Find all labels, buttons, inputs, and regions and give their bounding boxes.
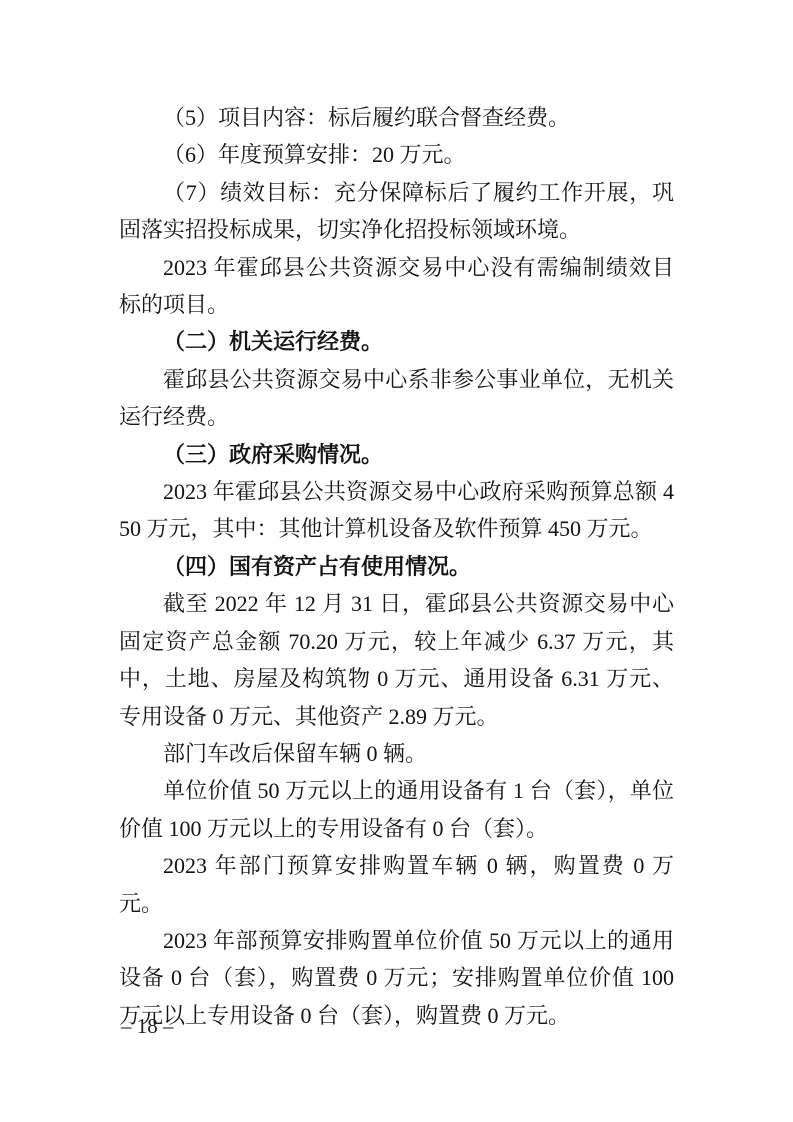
- paragraph: 2023 年部预算安排购置单位价值 50 万元以上的通用设备 0 台（套），购置…: [119, 922, 674, 1034]
- paragraph: 霍邱县公共资源交易中心系非参公事业单位，无机关运行经费。: [119, 361, 674, 436]
- page-number: – 18 –: [121, 1012, 174, 1040]
- section-heading: （二）机关运行经费。: [119, 323, 674, 360]
- paragraph: （6）年度预算安排：20 万元。: [119, 136, 674, 173]
- paragraph: （7）绩效目标：充分保障标后了履约工作开展，巩固落实招投标成果，切实净化招投标领…: [119, 174, 674, 249]
- paragraph: 2023 年部门预算安排购置车辆 0 辆，购置费 0 万元。: [119, 847, 674, 922]
- document-page: （5）项目内容：标后履约联合督查经费。（6）年度预算安排：20 万元。（7）绩效…: [0, 0, 793, 1122]
- section-heading: （四）国有资产占有使用情况。: [119, 548, 674, 585]
- document-body: （5）项目内容：标后履约联合督查经费。（6）年度预算安排：20 万元。（7）绩效…: [119, 99, 674, 1034]
- paragraph: 部门车改后保留车辆 0 辆。: [119, 735, 674, 772]
- paragraph: 单位价值 50 万元以上的通用设备有 1 台（套），单位价值 100 万元以上的…: [119, 772, 674, 847]
- paragraph: 2023 年霍邱县公共资源交易中心没有需编制绩效目标的项目。: [119, 249, 674, 324]
- section-heading: （三）政府采购情况。: [119, 436, 674, 473]
- paragraph: 截至 2022 年 12 月 31 日，霍邱县公共资源交易中心固定资产总金额 7…: [119, 585, 674, 735]
- paragraph: 2023 年霍邱县公共资源交易中心政府采购预算总额 450 万元，其中：其他计算…: [119, 473, 674, 548]
- paragraph: （5）项目内容：标后履约联合督查经费。: [119, 99, 674, 136]
